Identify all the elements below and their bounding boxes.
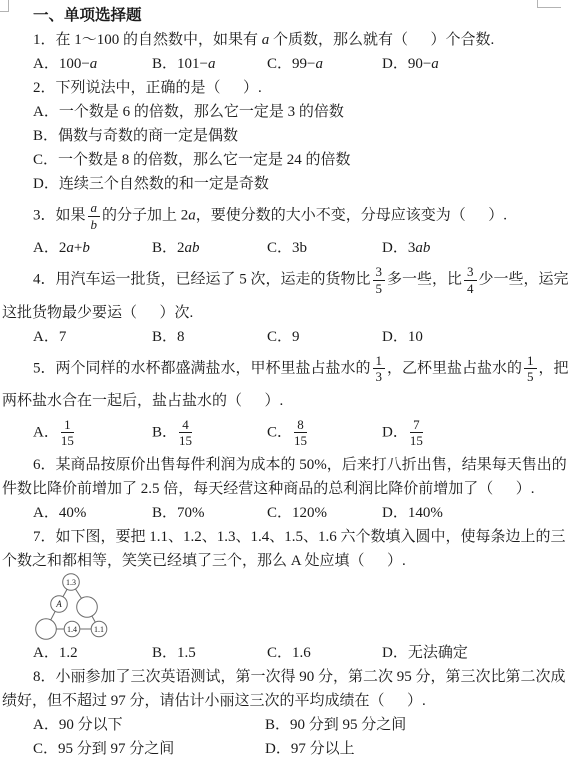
q1-option-b: B．101−a [152, 52, 267, 76]
q5-option-b: B．415 [152, 413, 267, 453]
q4-stem-line2: 这批货物最少要运（ ）次. [0, 301, 574, 325]
q3-option-c: C．3b [267, 236, 382, 260]
q6-option-c: C．120% [267, 501, 382, 525]
q6-option-a: A．40% [33, 501, 152, 525]
q3-option-b: B．2ab [152, 236, 267, 260]
q7-option-c: C．1.6 [267, 641, 382, 665]
fraction-8-15: 815 [292, 413, 309, 453]
page-corner-mark-top-left [0, 0, 9, 12]
q3-option-a: A．2a+b [33, 236, 152, 260]
q8-stem-line2: 绩好，但不超过 97 分，请估计小丽这三次的平均成绩在（ ）. [0, 689, 574, 713]
triangle-circles-figure: 1.3 A 1.4 1.1 [25, 573, 125, 641]
q1-option-a: A．100−a [33, 52, 152, 76]
q3-option-d: D．3ab [382, 236, 574, 260]
q7-stem-line2: 个数之和都相等，笑笑已经填了三个，那么 A 处应填（ ）. [0, 549, 574, 573]
q4-option-a: A．7 [33, 325, 152, 349]
q2-option-c: C．一个数是 8 的倍数，那么它一定是 24 的倍数 [0, 148, 574, 172]
q6-option-d: D．140% [382, 501, 574, 525]
page-corner-mark-top-right [537, 0, 561, 8]
q2-stem: 2．下列说法中，正确的是（ ）. [0, 76, 574, 100]
q8-stem-line1: 8．小丽参加了三次英语测试，第一次得 90 分，第二次 95 分，第三次比第二次… [0, 665, 574, 689]
q3-stem: 3．如果ab的分子加上 2a，要使分数的大小不变，分母应该变为（ ）. [0, 196, 574, 236]
fraction-1-15: 115 [59, 413, 76, 453]
q1-stem: 1．在 1～100 的自然数中，如果有 a 个质数，那么就有（ ）个合数. [0, 28, 574, 52]
q5-option-a: A．115 [33, 413, 152, 453]
q7-options: A．1.2 B．1.5 C．1.6 D．无法确定 [0, 641, 574, 665]
q7-option-a: A．1.2 [33, 641, 152, 665]
q6-stem-line1: 6．某商品按原价出售每件利润为成本的 50%，后来打八折出售，结果每天售出的 [0, 453, 574, 477]
q3-options: A．2a+b B．2ab C．3b D．3ab [0, 236, 574, 260]
circle-a-label: A [55, 599, 62, 609]
q8-option-b: B．90 分到 95 分之间 [265, 713, 574, 737]
q8-option-d: D．97 分以上 [265, 737, 574, 759]
q6-options: A．40% B．70% C．120% D．140% [0, 501, 574, 525]
q7-triangle-diagram: 1.3 A 1.4 1.1 [0, 573, 574, 641]
q7-stem-line1: 7．如下图，要把 1.1、1.2、1.3、1.4、1.5、1.6 六个数填入圆中… [0, 525, 574, 549]
q1-option-d: D．90−a [382, 52, 574, 76]
fraction-3-4: 34 [462, 260, 479, 300]
circle-bottom-left-empty [36, 619, 57, 640]
q1-stem-text2: 个质数，那么就有（ ）个合数. [269, 32, 494, 48]
q6-option-b: B．70% [152, 501, 267, 525]
q5-options: A．115 B．415 C．815 D．715 [0, 413, 574, 453]
q8-option-a: A．90 分以下 [33, 713, 265, 737]
q4-options: A．7 B．8 C．9 D．10 [0, 325, 574, 349]
fraction-a-over-b: ab [86, 196, 103, 236]
section-title: 一、单项选择题 [0, 4, 574, 28]
document-page: 一、单项选择题 1．在 1～100 的自然数中，如果有 a 个质数，那么就有（ … [0, 0, 574, 759]
q8-options-row1: A．90 分以下 B．90 分到 95 分之间 [0, 713, 574, 737]
circle-bottom-mid-value: 1.4 [67, 625, 77, 634]
q4-option-d: D．10 [382, 325, 574, 349]
q7-option-b: B．1.5 [152, 641, 267, 665]
circle-mid-right-empty [77, 597, 98, 618]
q4-option-b: B．8 [152, 325, 267, 349]
q6-stem-line2: 件数比降价前增加了 2.5 倍，每天经营这种商品的总利润比降价前增加了（ ）. [0, 477, 574, 501]
q5-stem-line1: 5．两个同样的水杯都盛满盐水，甲杯里盐占盐水的13，乙杯里盐占盐水的15，把 [0, 349, 574, 389]
q4-stem-line1: 4．用汽车运一批货，已经运了 5 次，运走的货物比35多一些，比34少一些，运完 [0, 260, 574, 300]
q2-option-d: D．连续三个自然数的和一定是奇数 [0, 172, 574, 196]
q5-option-c: C．815 [267, 413, 382, 453]
q1-options: A．100−a B．101−a C．99−a D．90−a [0, 52, 574, 76]
q2-option-b: B．偶数与奇数的商一定是偶数 [0, 124, 574, 148]
fraction-7-15: 715 [408, 413, 425, 453]
fraction-1-3: 13 [371, 349, 388, 389]
q2-option-a: A．一个数是 6 的倍数，那么它一定是 3 的倍数 [0, 100, 574, 124]
fraction-4-15: 415 [177, 413, 194, 453]
q8-option-c: C．95 分到 97 分之间 [33, 737, 265, 759]
q7-option-d: D．无法确定 [382, 641, 574, 665]
circle-bottom-right-value: 1.1 [94, 625, 104, 634]
q5-option-d: D．715 [382, 413, 574, 453]
circle-top-value: 1.3 [66, 578, 76, 587]
fraction-3-5: 35 [371, 260, 388, 300]
q1-stem-text: 1．在 1～100 的自然数中，如果有 [33, 32, 262, 48]
q4-option-c: C．9 [267, 325, 382, 349]
q1-option-c: C．99−a [267, 52, 382, 76]
q8-options-row2: C．95 分到 97 分之间 D．97 分以上 [0, 737, 574, 759]
fraction-1-5: 15 [522, 349, 539, 389]
q5-stem-line2: 两杯盐水合在一起后，盐占盐水的（ ）. [0, 389, 574, 413]
